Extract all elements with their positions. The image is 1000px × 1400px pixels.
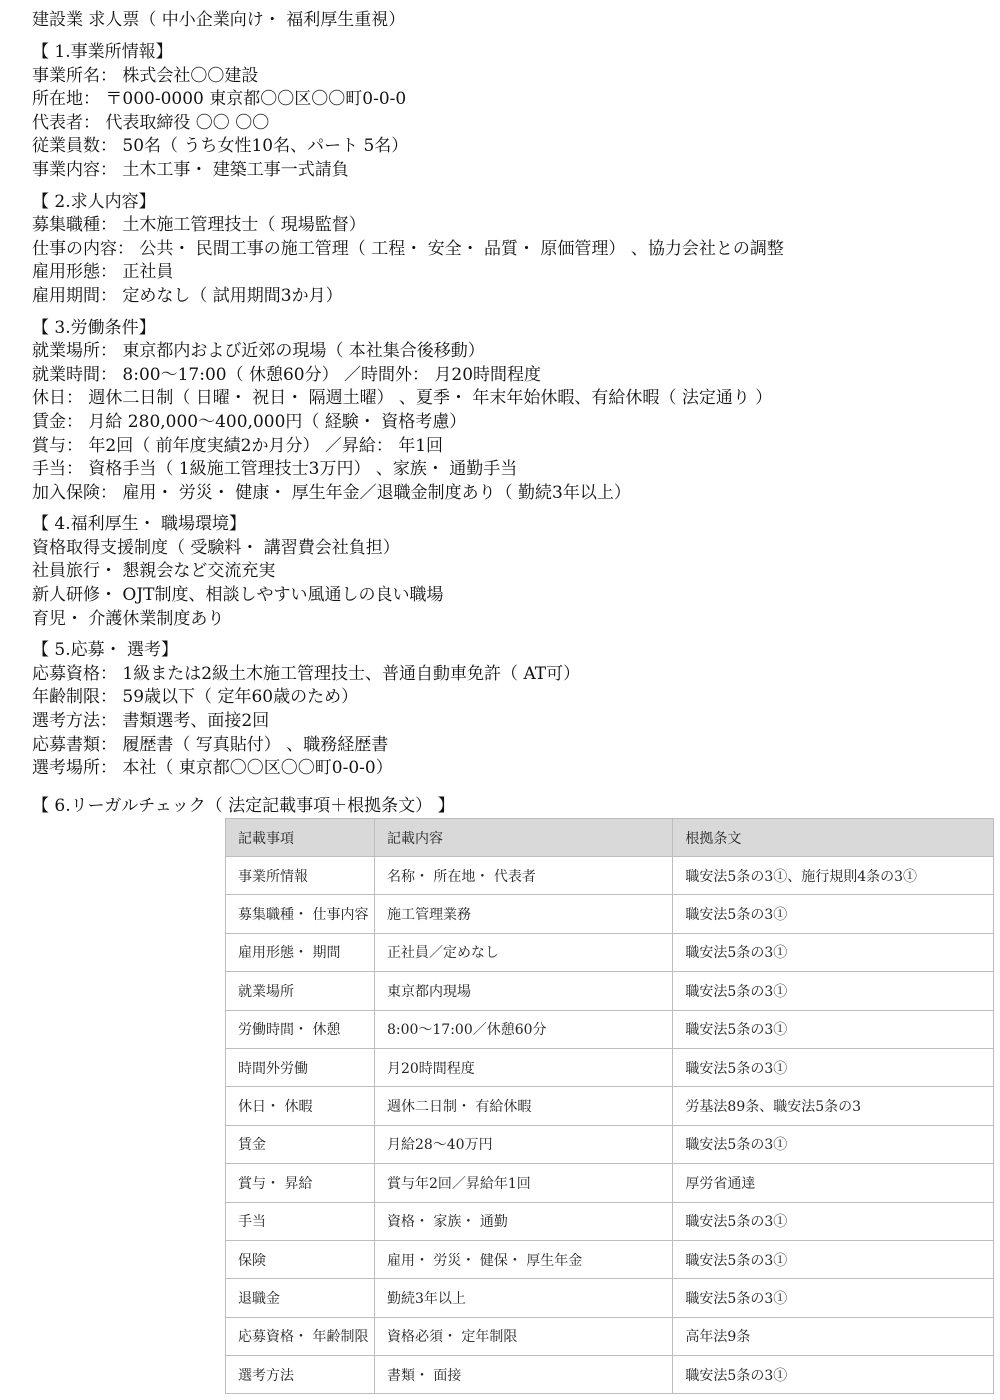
job-posting-document: 建設業 求人票（ 中小企業向け・ 福利厚生重視） 【 1.事業所情報】 事業所名… bbox=[32, 8, 992, 789]
cell-content: 施工管理業務 bbox=[374, 895, 672, 933]
job-title: 募集職種： 土木施工管理技士（ 現場監督） bbox=[32, 214, 992, 238]
section-heading: 【 4.福利厚生・ 職場環境】 bbox=[32, 513, 992, 537]
business-description: 事業内容： 土木工事・ 建築工事一式請負 bbox=[32, 159, 992, 183]
office-address: 所在地： 〒000-0000 東京都〇〇区〇〇町0-0-0 bbox=[32, 88, 992, 112]
legal-check-table: 記載事項 記載内容 根拠条文 事業所情報名称・ 所在地・ 代表者職安法5条の3①… bbox=[225, 818, 994, 1394]
cell-item: 選考方法 bbox=[226, 1356, 375, 1394]
benefit-item: 社員旅行・ 懇親会など交流充実 bbox=[32, 560, 992, 584]
cell-item: 賞与・ 昇給 bbox=[226, 1164, 375, 1202]
table-row: 募集職種・ 仕事内容施工管理業務職安法5条の3① bbox=[226, 895, 994, 933]
cell-basis: 労基法89条、職安法5条の3 bbox=[673, 1087, 994, 1125]
cell-item: 休日・ 休暇 bbox=[226, 1087, 375, 1125]
section-heading: 【 2.求人内容】 bbox=[32, 191, 992, 215]
cell-content: 勤続3年以上 bbox=[374, 1279, 672, 1317]
employee-count: 従業員数： 50名（ うち女性10名、パート 5名） bbox=[32, 135, 992, 159]
cell-basis: 職安法5条の3① bbox=[673, 895, 994, 933]
application-documents: 応募書類： 履歴書（ 写真貼付） 、職務経歴書 bbox=[32, 734, 992, 758]
table-row: 賞与・ 昇給賞与年2回／昇給年1回厚労省通達 bbox=[226, 1164, 994, 1202]
benefit-item: 新人研修・ OJT制度、相談しやすい風通しの良い職場 bbox=[32, 584, 992, 608]
cell-basis: 高年法9条 bbox=[673, 1317, 994, 1355]
table-row: 時間外労働月20時間程度職安法5条の3① bbox=[226, 1048, 994, 1086]
cell-basis: 厚労省通達 bbox=[673, 1164, 994, 1202]
qualifications: 応募資格： 1級または2級土木施工管理技士、普通自動車免許（ AT可） bbox=[32, 663, 992, 687]
age-limit: 年齢制限： 59歳以下（ 定年60歳のため） bbox=[32, 686, 992, 710]
employment-period: 雇用期間： 定めなし（ 試用期間3か月） bbox=[32, 285, 992, 309]
cell-basis: 職安法5条の3①、施行規則4条の3① bbox=[673, 857, 994, 895]
insurance: 加入保険： 雇用・ 労災・ 健康・ 厚生年金／退職金制度あり（ 勤続3年以上） bbox=[32, 482, 992, 506]
work-location: 就業場所： 東京都内および近郊の現場（ 本社集合後移動） bbox=[32, 340, 992, 364]
cell-item: 就業場所 bbox=[226, 972, 375, 1010]
cell-content: 8:00～17:00／休憩60分 bbox=[374, 1010, 672, 1048]
cell-basis: 職安法5条の3① bbox=[673, 1240, 994, 1278]
cell-content: 名称・ 所在地・ 代表者 bbox=[374, 857, 672, 895]
table-header-row: 記載事項 記載内容 根拠条文 bbox=[226, 819, 994, 857]
table-row: 応募資格・ 年齢制限資格必須・ 定年制限高年法9条 bbox=[226, 1317, 994, 1355]
employment-type: 雇用形態： 正社員 bbox=[32, 261, 992, 285]
section-job-details: 【 2.求人内容】 募集職種： 土木施工管理技士（ 現場監督） 仕事の内容： 公… bbox=[32, 191, 992, 309]
cell-content: 週休二日制・ 有給休暇 bbox=[374, 1087, 672, 1125]
cell-item: 雇用形態・ 期間 bbox=[226, 933, 375, 971]
section-heading: 【 3.労働条件】 bbox=[32, 317, 992, 341]
allowances: 手当： 資格手当（ 1級施工管理技士3万円） 、家族・ 通勤手当 bbox=[32, 458, 992, 482]
section-application: 【 5.応募・ 選考】 応募資格： 1級または2級土木施工管理技士、普通自動車免… bbox=[32, 639, 992, 781]
cell-basis: 職安法5条の3① bbox=[673, 933, 994, 971]
office-name: 事業所名： 株式会社〇〇建設 bbox=[32, 65, 992, 89]
cell-basis: 職安法5条の3① bbox=[673, 1279, 994, 1317]
cell-content: 月20時間程度 bbox=[374, 1048, 672, 1086]
cell-item: 保険 bbox=[226, 1240, 375, 1278]
table-row: 労働時間・ 休憩8:00～17:00／休憩60分職安法5条の3① bbox=[226, 1010, 994, 1048]
holidays: 休日： 週休二日制（ 日曜・ 祝日・ 隔週土曜） 、夏季・ 年末年始休暇、有給休… bbox=[32, 387, 992, 411]
table-row: 保険雇用・ 労災・ 健保・ 厚生年金職安法5条の3① bbox=[226, 1240, 994, 1278]
job-description: 仕事の内容： 公共・ 民間工事の施工管理（ 工程・ 安全・ 品質・ 原価管理） … bbox=[32, 238, 992, 262]
cell-content: 雇用・ 労災・ 健保・ 厚生年金 bbox=[374, 1240, 672, 1278]
column-header-content: 記載内容 bbox=[374, 819, 672, 857]
selection-location: 選考場所： 本社（ 東京都〇〇区〇〇町0-0-0） bbox=[32, 757, 992, 781]
section-benefits: 【 4.福利厚生・ 職場環境】 資格取得支援制度（ 受験料・ 講習費会社負担） … bbox=[32, 513, 992, 631]
cell-basis: 職安法5条の3① bbox=[673, 972, 994, 1010]
table-row: 就業場所東京都内現場職安法5条の3① bbox=[226, 972, 994, 1010]
cell-item: 時間外労働 bbox=[226, 1048, 375, 1086]
section-heading: 【 1.事業所情報】 bbox=[32, 41, 992, 65]
table-row: 休日・ 休暇週休二日制・ 有給休暇労基法89条、職安法5条の3 bbox=[226, 1087, 994, 1125]
office-representative: 代表者： 代表取締役 〇〇 〇〇 bbox=[32, 112, 992, 136]
cell-content: 月給28～40万円 bbox=[374, 1125, 672, 1163]
cell-basis: 職安法5条の3① bbox=[673, 1356, 994, 1394]
bonus-raise: 賞与： 年2回（ 前年度実績2か月分） ／昇給： 年1回 bbox=[32, 435, 992, 459]
document-title: 建設業 求人票（ 中小企業向け・ 福利厚生重視） bbox=[32, 8, 992, 32]
salary: 賃金： 月給 280,000～400,000円（ 経験・ 資格考慮） bbox=[32, 411, 992, 435]
benefit-item: 育児・ 介護休業制度あり bbox=[32, 608, 992, 632]
cell-content: 東京都内現場 bbox=[374, 972, 672, 1010]
cell-item: 事業所情報 bbox=[226, 857, 375, 895]
table-row: 賃金月給28～40万円職安法5条の3① bbox=[226, 1125, 994, 1163]
cell-basis: 職安法5条の3① bbox=[673, 1202, 994, 1240]
cell-content: 正社員／定めなし bbox=[374, 933, 672, 971]
benefit-item: 資格取得支援制度（ 受験料・ 講習費会社負担） bbox=[32, 537, 992, 561]
cell-content: 賞与年2回／昇給年1回 bbox=[374, 1164, 672, 1202]
column-header-basis: 根拠条文 bbox=[673, 819, 994, 857]
table-row: 雇用形態・ 期間正社員／定めなし職安法5条の3① bbox=[226, 933, 994, 971]
cell-basis: 職安法5条の3① bbox=[673, 1048, 994, 1086]
section-heading: 【 5.応募・ 選考】 bbox=[32, 639, 992, 663]
table-row: 選考方法書類・ 面接職安法5条の3① bbox=[226, 1356, 994, 1394]
cell-basis: 職安法5条の3① bbox=[673, 1125, 994, 1163]
cell-basis: 職安法5条の3① bbox=[673, 1010, 994, 1048]
cell-content: 資格必須・ 定年制限 bbox=[374, 1317, 672, 1355]
selection-method: 選考方法： 書類選考、面接2回 bbox=[32, 710, 992, 734]
table-row: 退職金勤続3年以上職安法5条の3① bbox=[226, 1279, 994, 1317]
cell-item: 賃金 bbox=[226, 1125, 375, 1163]
work-hours: 就業時間： 8:00～17:00（ 休憩60分） ／時間外： 月20時間程度 bbox=[32, 364, 992, 388]
table-row: 事業所情報名称・ 所在地・ 代表者職安法5条の3①、施行規則4条の3① bbox=[226, 857, 994, 895]
column-header-item: 記載事項 bbox=[226, 819, 375, 857]
cell-content: 資格・ 家族・ 通勤 bbox=[374, 1202, 672, 1240]
table-row: 手当資格・ 家族・ 通勤職安法5条の3① bbox=[226, 1202, 994, 1240]
section-working-conditions: 【 3.労働条件】 就業場所： 東京都内および近郊の現場（ 本社集合後移動） 就… bbox=[32, 317, 992, 506]
section-office-info: 【 1.事業所情報】 事業所名： 株式会社〇〇建設 所在地： 〒000-0000… bbox=[32, 41, 992, 183]
cell-item: 退職金 bbox=[226, 1279, 375, 1317]
cell-content: 書類・ 面接 bbox=[374, 1356, 672, 1394]
cell-item: 手当 bbox=[226, 1202, 375, 1240]
legal-check-heading: 【 6.リーガルチェック（ 法定記載事項＋根拠条文） 】 bbox=[32, 794, 455, 818]
cell-item: 労働時間・ 休憩 bbox=[226, 1010, 375, 1048]
cell-item: 募集職種・ 仕事内容 bbox=[226, 895, 375, 933]
cell-item: 応募資格・ 年齢制限 bbox=[226, 1317, 375, 1355]
